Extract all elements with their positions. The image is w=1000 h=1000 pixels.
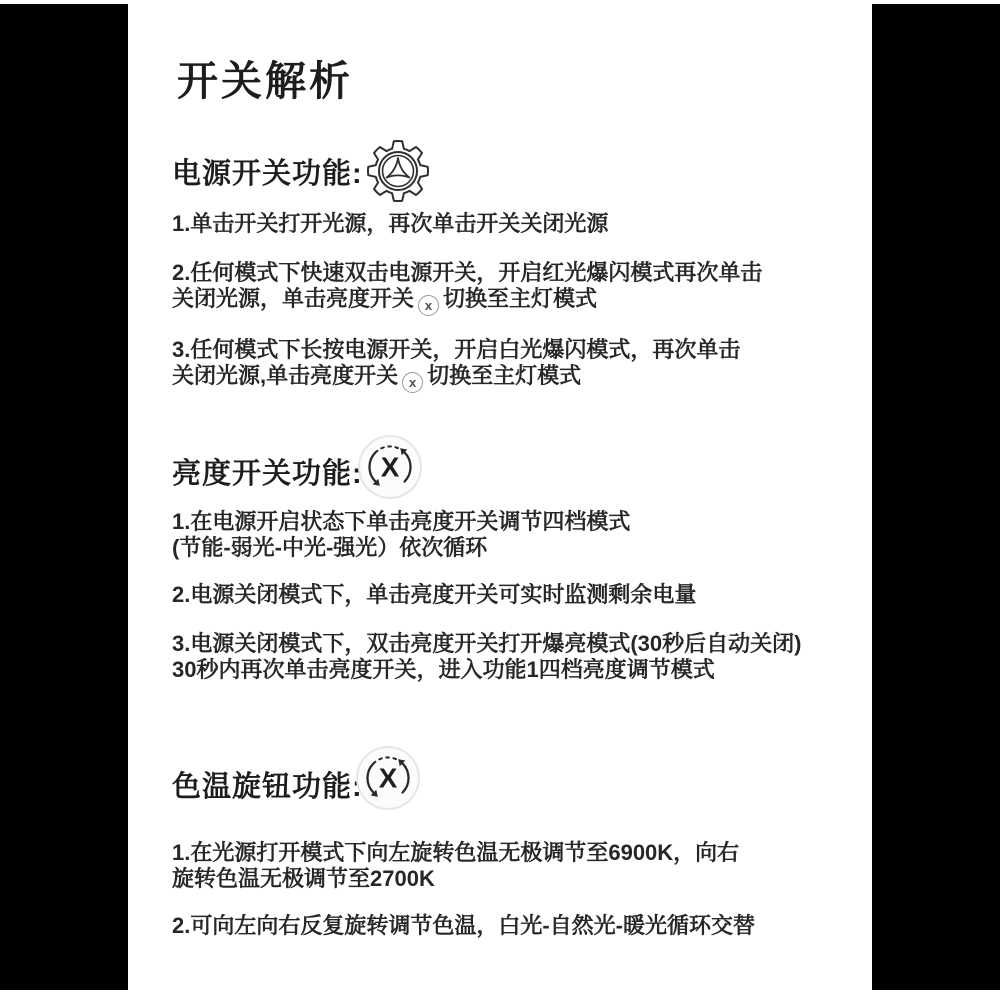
left-pillarbox-bar [0, 4, 128, 990]
power-paragraph-1: 1.单击开关打开光源，再次单击开关关闭光源 [172, 211, 608, 237]
brightness-switch-inline-icon: x [418, 295, 439, 316]
tailcap-switch-gear-icon [361, 135, 435, 207]
text-line: 3.电源关闭模式下，双击亮度开关打开爆亮模式(30秒后自动关闭) [172, 631, 801, 657]
section-heading-brightness-switch: 亮度开关功能: [172, 451, 363, 492]
text-segment: 切换至主灯模式 [443, 286, 597, 311]
text-line: 2.电源关闭模式下，单击亮度开关可实时监测剩余电量 [172, 582, 696, 608]
section-heading-color-temp-knob: 色温旋钮功能: [172, 764, 363, 805]
icon-letter: X [381, 451, 400, 482]
text-line: 关闭光源，单击亮度开关x切换至主灯模式 [172, 286, 762, 312]
color-temp-rotate-x-icon: X [355, 745, 421, 811]
text-line: 2.任何模式下快速双击电源开关，开启红光爆闪模式再次单击 [172, 260, 762, 286]
brightness-rotate-x-icon: X [357, 434, 423, 500]
brightness-paragraph-1: 1.在电源开启状态下单击亮度开关调节四档模式 (节能-弱光-中光-强光）依次循环 [172, 509, 630, 561]
color-temp-paragraph-2: 2.可向左向右反复旋转调节色温，白光-自然光-暖光循环交替 [172, 913, 755, 939]
right-pillarbox-bar [872, 4, 1000, 990]
text-line: 3.任何模式下长按电源开关，开启白光爆闪模式，再次单击 [172, 337, 740, 363]
brightness-switch-inline-icon: x [402, 372, 423, 393]
text-segment: 关闭光源,单击亮度开关 [172, 363, 398, 388]
page-title: 开关解析 [177, 48, 353, 107]
text-line: 1.在电源开启状态下单击亮度开关调节四档模式 [172, 509, 630, 535]
brightness-paragraph-2: 2.电源关闭模式下，单击亮度开关可实时监测剩余电量 [172, 582, 696, 608]
text-line: (节能-弱光-中光-强光）依次循环 [172, 535, 630, 561]
power-paragraph-2: 2.任何模式下快速双击电源开关，开启红光爆闪模式再次单击 关闭光源，单击亮度开关… [172, 260, 762, 312]
text-segment: 关闭光源，单击亮度开关 [172, 286, 414, 311]
text-line: 旋转色温无极调节至2700K [172, 866, 739, 892]
text-segment: 切换至主灯模式 [427, 363, 581, 388]
manual-page: 开关解析 电源开关功能: 1.单击开关打开光源，再次单击开关关闭光源 2.任何模… [0, 0, 1000, 1000]
icon-letter: X [379, 762, 398, 793]
text-line: 2.可向左向右反复旋转调节色温，白光-自然光-暖光循环交替 [172, 913, 755, 939]
power-paragraph-3: 3.任何模式下长按电源开关，开启白光爆闪模式，再次单击 关闭光源,单击亮度开关x… [172, 337, 740, 389]
text-line: 1.单击开关打开光源，再次单击开关关闭光源 [172, 211, 608, 237]
section-heading-power-switch: 电源开关功能: [172, 151, 363, 192]
brightness-paragraph-3: 3.电源关闭模式下，双击亮度开关打开爆亮模式(30秒后自动关闭) 30秒内再次单… [172, 631, 801, 683]
text-line: 30秒内再次单击亮度开关，进入功能1四档亮度调节模式 [172, 657, 801, 683]
text-line: 1.在光源打开模式下向左旋转色温无极调节至6900K，向右 [172, 840, 739, 866]
text-line: 关闭光源,单击亮度开关x切换至主灯模式 [172, 363, 740, 389]
color-temp-paragraph-1: 1.在光源打开模式下向左旋转色温无极调节至6900K，向右 旋转色温无极调节至2… [172, 840, 739, 892]
